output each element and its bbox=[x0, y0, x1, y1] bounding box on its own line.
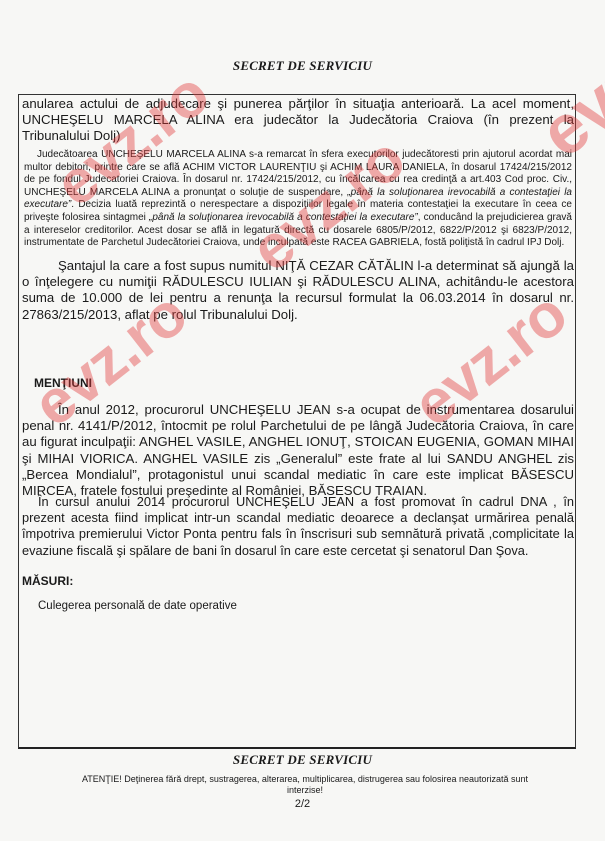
masuri-heading: MĂSURI: bbox=[22, 574, 73, 588]
p2-quote-2: „până la soluţionarea irevocabilă a cont… bbox=[149, 212, 418, 223]
footer-warning: ATENŢIE! Deţinerea fără drept, sustrager… bbox=[80, 774, 530, 796]
header-classification: SECRET DE SERVICIU bbox=[0, 58, 605, 74]
mentiuni-paragraph-1: În anul 2012, procurorul UNCHEŞELU JEAN … bbox=[22, 402, 574, 499]
mentiuni-paragraph-2: În cursul anului 2014 procurorul UNCHEŞE… bbox=[22, 494, 574, 559]
body-paragraph-2: Judecătoarea UNCHEŞELU MARCELA ALINA s-a… bbox=[24, 149, 572, 250]
body-paragraph-3: Şantajul la care a fost supus numitul NI… bbox=[22, 258, 574, 323]
masuri-item: Culegerea personală de date operative bbox=[38, 600, 237, 612]
page-number: 2/2 bbox=[0, 798, 605, 810]
mentiuni-heading: MENŢIUNI bbox=[34, 376, 92, 390]
body-paragraph-1: anularea actului de adjudecare şi punere… bbox=[22, 96, 574, 144]
footer-classification: SECRET DE SERVICIU bbox=[0, 752, 605, 768]
